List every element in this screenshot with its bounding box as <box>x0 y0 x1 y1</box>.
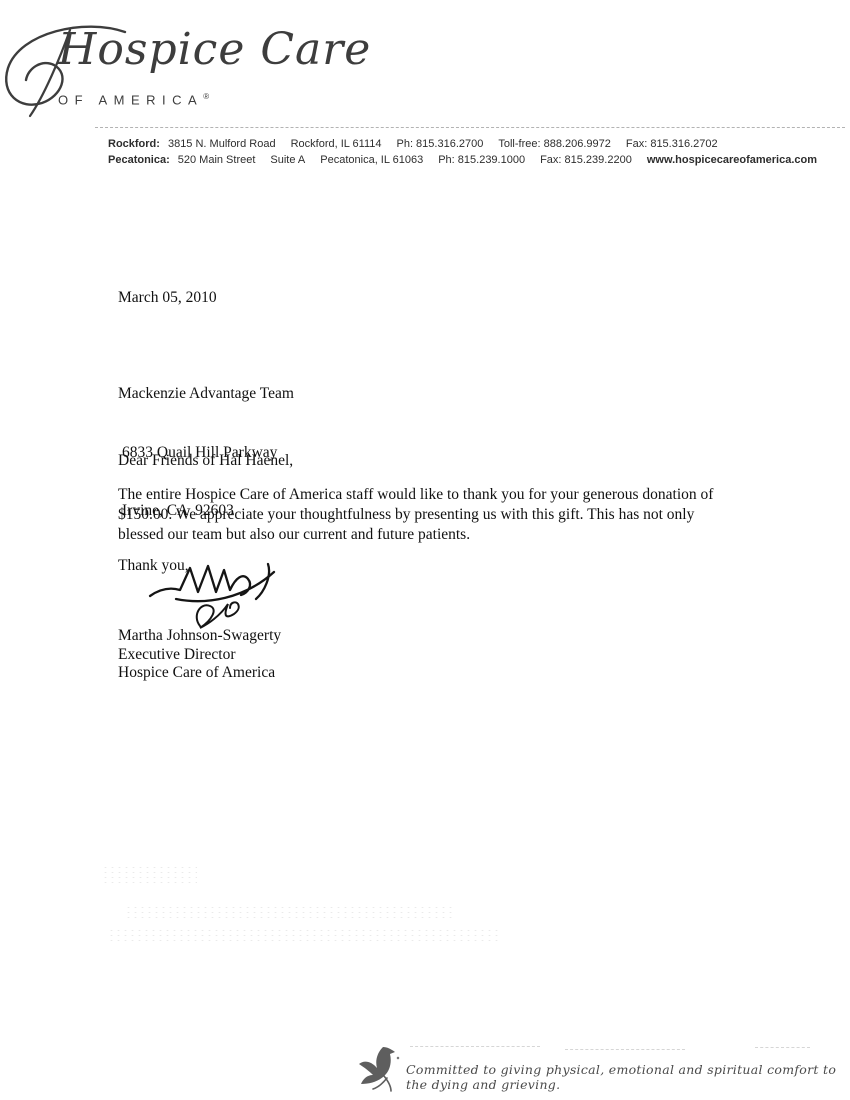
location-fax: Fax: 815.239.2200 <box>540 154 632 166</box>
location-label: Pecatonica: <box>108 154 170 166</box>
letter-date: March 05, 2010 <box>118 288 217 308</box>
location-phone: Ph: 815.316.2700 <box>396 138 483 150</box>
contact-line-rockford: Rockford:3815 N. Mulford RoadRockford, I… <box>108 136 817 152</box>
signer-name: Martha Johnson-Swagerty <box>118 627 281 646</box>
location-fax: Fax: 815.316.2702 <box>626 138 718 150</box>
letter-body-paragraph: The entire Hospice Care of America staff… <box>118 485 718 545</box>
signature-block: Martha Johnson-Swagerty Executive Direct… <box>118 627 281 683</box>
signer-org: Hospice Care of America <box>118 664 281 683</box>
logo-subtitle: OF AMERICA® <box>58 92 209 107</box>
scan-noise <box>108 928 498 942</box>
location-city: Rockford, IL 61114 <box>291 138 382 150</box>
scan-noise <box>125 905 455 921</box>
header-divider <box>95 127 845 128</box>
location-address: 3815 N. Mulford Road <box>168 138 276 150</box>
location-address: 520 Main Street <box>178 154 256 166</box>
location-city: Pecatonica, IL 61063 <box>320 154 423 166</box>
scan-noise-dashes <box>565 1049 685 1050</box>
footer-tagline: Committed to giving physical, emotional … <box>406 1062 850 1092</box>
contact-line-pecatonica: Pecatonica:520 Main StreetSuite APecaton… <box>108 152 817 168</box>
salutation: Dear Friends of Hal Haenel, <box>118 451 293 471</box>
location-tollfree: Toll-free: 888.206.9972 <box>498 138 611 150</box>
logo-wordmark: Hospice Care <box>58 24 371 75</box>
location-label: Rockford: <box>108 138 160 150</box>
scan-noise-dashes <box>755 1047 810 1048</box>
scan-noise <box>102 865 197 885</box>
scan-noise-dashes <box>410 1046 540 1047</box>
location-suite: Suite A <box>270 154 305 166</box>
registered-trademark: ® <box>203 92 209 101</box>
website-text: www.hospicecareofamerica.com <box>647 154 817 166</box>
location-phone: Ph: 815.239.1000 <box>438 154 525 166</box>
recipient-name: Mackenzie Advantage Team <box>118 384 294 404</box>
header-contact-block: Rockford:3815 N. Mulford RoadRockford, I… <box>108 136 817 168</box>
scanned-letter-page: Hospice Care OF AMERICA® Rockford:3815 N… <box>0 0 850 1100</box>
dove-icon <box>357 1045 401 1093</box>
signer-title: Executive Director <box>118 646 281 665</box>
